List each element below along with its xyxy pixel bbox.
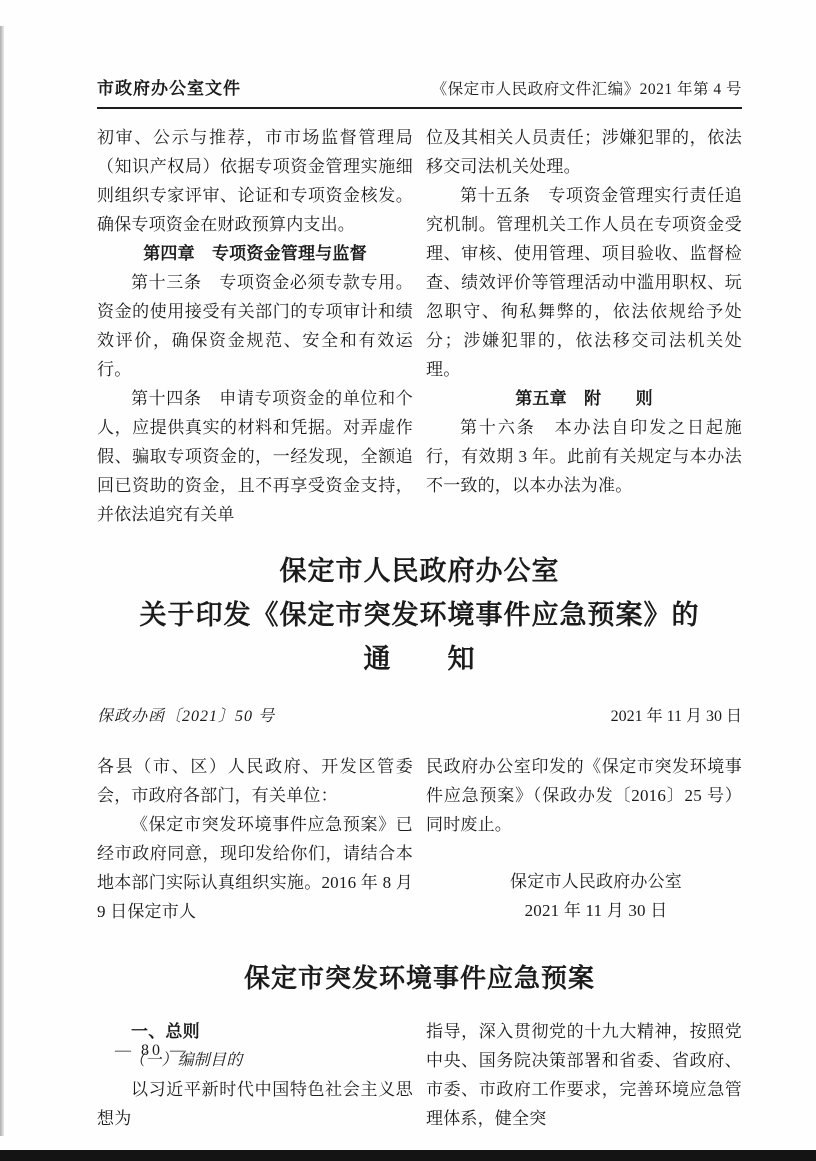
notice-body-continued: 民政府办公室印发的《保定市突发环境事件应急预案》（保政办发〔2016〕25 号）…: [426, 752, 742, 839]
chapter5-heading: 第五章 附 则: [426, 384, 742, 413]
notice-right-column: 民政府办公室印发的《保定市突发环境事件应急预案》（保政办发〔2016〕25 号）…: [426, 752, 742, 926]
header-doc-category: 市政府办公室文件: [97, 74, 241, 99]
doc-number: 保政办函〔2021〕50 号: [97, 703, 275, 726]
plan-right-column: 指导，深入贯彻党的十九大精神，按照党中央、国务院决策部署和省委、省政府、市委、市…: [426, 1017, 742, 1133]
notice-body-paragraph: 《保定市突发环境事件应急预案》已经市政府同意，现印发给你们，请结合本地本部门实际…: [97, 810, 413, 926]
notice-left-column: 各县（市、区）人民政府、开发区管委会，市政府各部门，有关单位： 《保定市突发环境…: [97, 752, 413, 926]
article-14: 第十四条 申请专项资金的单位和个人，应提供真实的材料和凭据。对弄虚作假、骗取专项…: [97, 384, 413, 529]
page-number: — 80 —: [115, 1042, 189, 1060]
plan-title: 保定市突发环境事件应急预案: [97, 958, 742, 995]
signature-block: 保定市人民政府办公室 2021 年 11 月 30 日: [426, 867, 742, 925]
regulation-paragraph: 初审、公示与推荐，市市场监督管理局（知识产权局）依据专项资金管理实施细则组织专家…: [97, 123, 413, 239]
regulation-columns: 初审、公示与推荐，市市场监督管理局（知识产权局）依据专项资金管理实施细则组织专家…: [97, 123, 742, 529]
chapter4-heading: 第四章 专项资金管理与监督: [97, 239, 413, 268]
plan-paragraph: 以习近平新时代中国特色社会主义思想为: [97, 1075, 413, 1133]
page-content: 市政府办公室文件 《保定市人民政府文件汇编》2021 年第 4 号 初审、公示与…: [97, 0, 742, 1133]
page-header: 市政府办公室文件 《保定市人民政府文件汇编》2021 年第 4 号: [97, 74, 742, 109]
regulation-left-column: 初审、公示与推荐，市市场监督管理局（知识产权局）依据专项资金管理实施细则组织专家…: [97, 123, 413, 529]
doc-number-row: 保政办函〔2021〕50 号 2021 年 11 月 30 日: [97, 703, 742, 726]
plan-columns: 一、总则 （一）编制目的 以习近平新时代中国特色社会主义思想为 指导，深入贯彻党…: [97, 1017, 742, 1133]
doc-date: 2021 年 11 月 30 日: [611, 703, 742, 726]
notice-title-line2: 关于印发《保定市突发环境事件应急预案》的: [97, 593, 742, 637]
notice-columns: 各县（市、区）人民政府、开发区管委会，市政府各部门，有关单位： 《保定市突发环境…: [97, 752, 742, 926]
article-13: 第十三条 专项资金必须专款专用。资金的使用接受有关部门的专项审计和绩效评价，确保…: [97, 268, 413, 384]
notice-title-line1: 保定市人民政府办公室: [97, 549, 742, 593]
signature-date: 2021 年 11 月 30 日: [450, 896, 742, 925]
signature-office: 保定市人民政府办公室: [450, 867, 742, 896]
notice-title-line3: 通 知: [97, 637, 742, 681]
notice-addressees: 各县（市、区）人民政府、开发区管委会，市政府各部门，有关单位：: [97, 752, 413, 810]
notice-title: 保定市人民政府办公室 关于印发《保定市突发环境事件应急预案》的 通 知: [97, 549, 742, 681]
article-14-continued: 位及其相关人员责任；涉嫌犯罪的，依法移交司法机关处理。: [426, 123, 742, 181]
plan-left-column: 一、总则 （一）编制目的 以习近平新时代中国特色社会主义思想为: [97, 1017, 413, 1133]
plan-paragraph-continued: 指导，深入贯彻党的十九大精神，按照党中央、国务院决策部署和省委、省政府、市委、市…: [426, 1017, 742, 1133]
header-compilation-issue: 《保定市人民政府文件汇编》2021 年第 4 号: [432, 77, 742, 99]
article-15: 第十五条 专项资金管理实行责任追究机制。管理机关工作人员在专项资金受理、审核、使…: [426, 181, 742, 384]
regulation-right-column: 位及其相关人员责任；涉嫌犯罪的，依法移交司法机关处理。 第十五条 专项资金管理实…: [426, 123, 742, 529]
scan-left-edge-artifact: [0, 26, 4, 1136]
article-16: 第十六条 本办法自印发之日起施行，有效期 3 年。此前有关规定与本办法不一致的，…: [426, 413, 742, 500]
scan-bottom-edge-artifact: [0, 1150, 816, 1161]
scanned-document-page: { "header": { "left": "市政府办公室文件", "right…: [0, 0, 816, 1161]
